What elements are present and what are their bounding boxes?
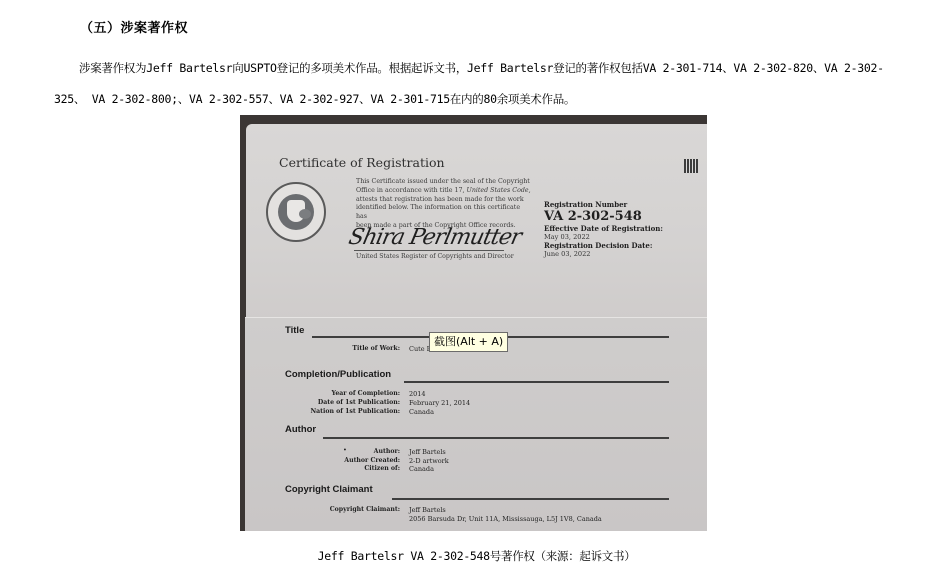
signature-line bbox=[354, 250, 504, 251]
certificate-statement: This Certificate issued under the seal o… bbox=[356, 178, 531, 231]
section-paragraph: 涉案著作权为Jeff Bartelsr向USPTO登记的多项美术作品。根据起诉文… bbox=[54, 53, 884, 115]
author-created-value: 2-D artwork bbox=[409, 457, 449, 465]
first-publication-nation-label: Nation of 1st Publication: bbox=[285, 408, 400, 415]
signature-caption: United States Register of Copyrights and… bbox=[356, 253, 514, 260]
screenshot-tooltip: 截图(Alt + A) bbox=[429, 332, 508, 352]
author-section-rule bbox=[323, 437, 669, 439]
qr-code-icon bbox=[684, 159, 698, 173]
certificate-photo: Certificate of Registration This Certifi… bbox=[240, 115, 707, 531]
certificate-upper-panel: Certificate of Registration This Certifi… bbox=[246, 124, 707, 320]
effective-date: May 03, 2022 bbox=[544, 233, 663, 241]
first-publication-date-label: Date of 1st Publication: bbox=[285, 399, 400, 406]
section-heading: （五）涉案著作权 bbox=[80, 17, 188, 36]
citizen-of-value: Canada bbox=[409, 465, 434, 473]
author-section-heading: Author bbox=[285, 424, 316, 435]
certificate-title: Certificate of Registration bbox=[279, 155, 445, 170]
decision-date: June 03, 2022 bbox=[544, 250, 663, 258]
year-of-completion-label: Year of Completion: bbox=[285, 390, 400, 397]
author-created-label: Author Created: bbox=[305, 457, 400, 464]
author-label: Author: bbox=[305, 448, 400, 455]
decision-date-label: Registration Decision Date: bbox=[544, 241, 663, 250]
registration-number: VA 2-302-548 bbox=[544, 209, 663, 224]
copyright-claimant-label: Copyright Claimant: bbox=[305, 506, 400, 513]
figure-caption: Jeff Bartelsr VA 2-302-548号著作权（来源：起诉文书） bbox=[0, 548, 947, 564]
completion-section-rule bbox=[404, 381, 669, 383]
first-publication-date-value: February 21, 2014 bbox=[409, 399, 470, 407]
register-signature: Shira Perlmutter bbox=[346, 225, 523, 250]
registration-number-label: Registration Number bbox=[544, 200, 663, 209]
claimant-section-heading: Copyright Claimant bbox=[285, 484, 373, 495]
title-of-work-label: Title of Work: bbox=[305, 345, 400, 352]
copyright-claimant-address: 2056 Barsuda Dr, Unit 11A, Mississauga, … bbox=[409, 515, 602, 523]
copyright-office-seal-icon bbox=[266, 182, 326, 242]
title-section-heading: Title bbox=[285, 325, 304, 336]
registration-info: Registration Number VA 2-302-548 Effecti… bbox=[544, 200, 663, 258]
citizen-of-label: Citizen of: bbox=[305, 465, 400, 472]
year-of-completion-value: 2014 bbox=[409, 390, 426, 398]
copyright-claimant-value: Jeff Bartels bbox=[409, 506, 446, 514]
author-value: Jeff Bartels bbox=[409, 448, 446, 456]
completion-section-heading: Completion/Publication bbox=[285, 369, 391, 380]
first-publication-nation-value: Canada bbox=[409, 408, 434, 416]
claimant-section-rule bbox=[392, 498, 669, 500]
effective-date-label: Effective Date of Registration: bbox=[544, 224, 663, 233]
